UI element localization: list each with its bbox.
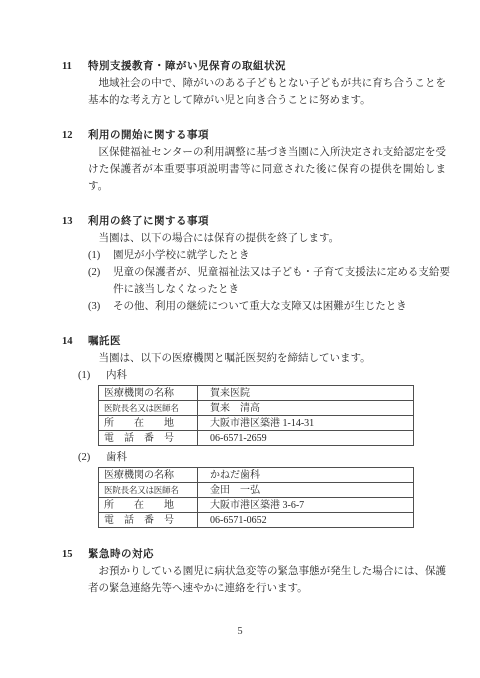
document-page: 11 特別支援教育・障がい児保育の取組状況 地域社会の中で、障がいのある子どもと… — [0, 0, 480, 678]
section-12: 12 利用の開始に関する事項 区保健福祉センターの利用調整に基づき当園に入所決定… — [62, 127, 452, 195]
section-15: 15 緊急時の対応 お預かりしている園児に病状急変等の緊急事態が発生した場合には… — [62, 546, 452, 597]
table-label-cell: 所 在 地 — [99, 498, 198, 513]
table-row: 医療機関の名称 かねだ歯科 — [99, 468, 414, 483]
list-item: (3) その他、利用の継続について重大な支障又は困難が生じたとき — [88, 298, 452, 315]
section-12-paragraph: 区保健福祉センターの利用調整に基づき当園に入所決定され支給認定を受けた保護者が本… — [88, 144, 446, 195]
table-row: 所 在 地 大阪市港区築港 1-14-31 — [99, 416, 414, 431]
list-item-number: (3) — [88, 298, 113, 315]
list-item-number: (2) — [88, 264, 113, 298]
table-label-cell: 医療機関の名称 — [99, 468, 198, 483]
table-row: 所 在 地 大阪市港区築港 3-6-7 — [99, 498, 414, 513]
table-label-cell: 電 話 番 号 — [99, 513, 198, 528]
table-label-cell: 医院長名又は医師名 — [99, 483, 198, 498]
table-value-cell: 大阪市港区築港 3-6-7 — [198, 498, 414, 513]
list-item-text: 児童の保護者が、児童福祉法又は子ども・子育て支援法に定める支給要件に該当しなくな… — [113, 264, 450, 298]
table-label-cell: 電 話 番 号 — [99, 431, 198, 446]
section-11-paragraph: 地域社会の中で、障がいのある子どもとない子どもが共に育ち合うことを基本的な考え方… — [88, 75, 446, 109]
table-row: 電 話 番 号 06-6571-0652 — [99, 513, 414, 528]
section-15-heading: 15 緊急時の対応 — [62, 546, 452, 563]
list-item: (1) 園児が小学校に就学したとき — [88, 247, 452, 264]
subsection-label: 歯科 — [106, 449, 127, 466]
list-item-number: (1) — [88, 247, 113, 264]
medical-table-naika: 医療機関の名称 賀来医院 医院長名又は医師名 賀来 清高 所 在 地 大阪市港区… — [98, 385, 414, 446]
section-13-paragraph: 当園は、以下の場合には保育の提供を終了します。 — [88, 230, 446, 247]
table-value-cell: 賀来医院 — [198, 386, 414, 401]
section-title: 嘱託医 — [88, 333, 121, 350]
section-title: 特別支援教育・障がい児保育の取組状況 — [88, 58, 286, 75]
list-item: (2) 児童の保護者が、児童福祉法又は子ども・子育て支援法に定める支給要件に該当… — [88, 264, 452, 298]
table-row: 医院長名又は医師名 賀来 清高 — [99, 401, 414, 416]
table-row: 医療機関の名称 賀来医院 — [99, 386, 414, 401]
table-value-cell: 大阪市港区築港 1-14-31 — [198, 416, 414, 431]
subsection-number: (2) — [78, 449, 106, 466]
subsection-number: (1) — [78, 367, 106, 384]
section-14: 14 嘱託医 当園は、以下の医療機関と嘱託医契約を締結しています。 (1) 内科… — [62, 333, 452, 528]
table-label-cell: 医院長名又は医師名 — [99, 401, 198, 416]
page-number: 5 — [0, 623, 480, 640]
section-title: 緊急時の対応 — [88, 546, 154, 563]
list-item-text: その他、利用の継続について重大な支障又は困難が生じたとき — [113, 298, 407, 315]
subsection-naika-heading: (1) 内科 — [78, 367, 452, 384]
section-title: 利用の終了に関する事項 — [88, 213, 209, 230]
table-value-cell: 金田 一弘 — [198, 483, 414, 498]
section-number: 11 — [62, 58, 88, 75]
subsection-shika-heading: (2) 歯科 — [78, 449, 452, 466]
section-number: 12 — [62, 127, 88, 144]
section-13-heading: 13 利用の終了に関する事項 — [62, 213, 452, 230]
table-value-cell: 賀来 清高 — [198, 401, 414, 416]
table-row: 電 話 番 号 06-6571-2659 — [99, 431, 414, 446]
section-13: 13 利用の終了に関する事項 当園は、以下の場合には保育の提供を終了します。 (… — [62, 213, 452, 315]
section-number: 14 — [62, 333, 88, 350]
section-14-heading: 14 嘱託医 — [62, 333, 452, 350]
section-title: 利用の開始に関する事項 — [88, 127, 209, 144]
section-14-paragraph: 当園は、以下の医療機関と嘱託医契約を締結しています。 — [88, 350, 446, 367]
table-value-cell: かねだ歯科 — [198, 468, 414, 483]
table-value-cell: 06-6571-2659 — [198, 431, 414, 446]
section-12-heading: 12 利用の開始に関する事項 — [62, 127, 452, 144]
section-number: 15 — [62, 546, 88, 563]
table-label-cell: 医療機関の名称 — [99, 386, 198, 401]
table-label-cell: 所 在 地 — [99, 416, 198, 431]
section-15-paragraph: お預かりしている園児に病状急変等の緊急事態が発生した場合には、保護者の緊急連絡先… — [88, 563, 446, 597]
list-item-text: 園児が小学校に就学したとき — [113, 247, 250, 264]
table-row: 医院長名又は医師名 金田 一弘 — [99, 483, 414, 498]
section-11-heading: 11 特別支援教育・障がい児保育の取組状況 — [62, 58, 452, 75]
section-11: 11 特別支援教育・障がい児保育の取組状況 地域社会の中で、障がいのある子どもと… — [62, 58, 452, 109]
subsection-label: 内科 — [106, 367, 127, 384]
table-value-cell: 06-6571-0652 — [198, 513, 414, 528]
section-number: 13 — [62, 213, 88, 230]
medical-table-shika: 医療機関の名称 かねだ歯科 医院長名又は医師名 金田 一弘 所 在 地 大阪市港… — [98, 467, 414, 528]
